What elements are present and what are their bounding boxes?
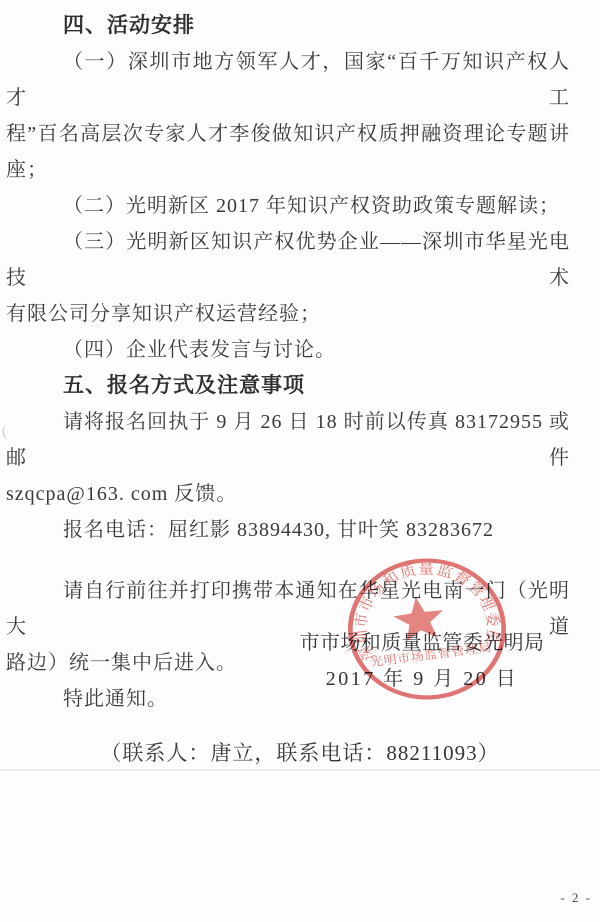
section-5-heading: 五、报名方式及注意事项 [6,368,570,404]
para-4-line-1: （四）企业代表发言与讨论。 [6,332,570,368]
para-2-line-1: （二）光明新区 2017 年知识产权资助政策专题解读； [6,188,570,224]
section-4-heading: 四、活动安排 [6,8,570,44]
seal-inner-text: 光明市场监督管理局 [369,640,493,669]
para-5-line-2: szqcpa@163. com 反馈。 [6,476,570,512]
contact-info-line: （联系人：唐立，联系电话：88211093） [0,737,600,767]
para-3-line-1: （三）光明新区知识产权优势企业——深圳市华星光电技术 [6,224,570,296]
para-5-line-1: 请将报名回执于 9 月 26 日 18 时前以传真 83172955 或邮件 [6,404,570,476]
para-1-line-1: （一）深圳市地方领军人才，国家“百千万知识产权人才工 [6,44,570,116]
para-1-line-2: 程”百名高层次专家人才李俊做知识产权质押融资理论专题讲 [6,116,570,152]
scanned-notice-page: 四、活动安排 （一）深圳市地方领军人才，国家“百千万知识产权人才工 程”百名高层… [0,0,600,922]
para-1-line-3: 座； [6,152,570,188]
para-3-line-2: 有限公司分享知识产权运营经验； [6,296,570,332]
scan-fold-line [0,769,600,771]
official-seal: 深圳市市场和质量监督管理委员会 光明市场监督管理局 [343,554,511,704]
seal-star-icon [391,594,447,642]
para-6-line-1: 报名电话：屈红影 83894430, 甘叶笑 83283672 [6,512,570,548]
page-number: - 2 - [560,890,592,906]
